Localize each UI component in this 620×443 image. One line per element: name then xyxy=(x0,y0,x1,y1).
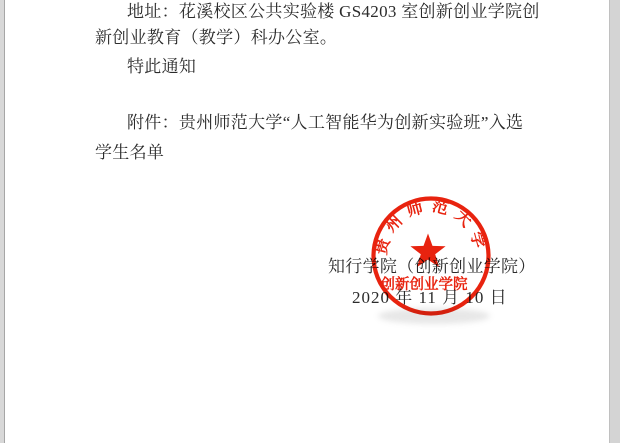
document-page: 地址：花溪校区公共实验楼 GS4203 室创新创业学院创 新创业教育（教学）科办… xyxy=(0,0,620,443)
page-edge-left xyxy=(0,0,5,443)
seal-star-icon xyxy=(410,234,445,268)
body-text-line-address-2: 新创业教育（教学）科办公室。 xyxy=(95,27,337,48)
seal-center-text: 创新创业学院 xyxy=(380,275,468,293)
official-seal: 贵州师范大学 创新创业学院 xyxy=(365,190,497,322)
body-text-line-address-1: 地址：花溪校区公共实验楼 GS4203 室创新创业学院创 xyxy=(127,1,540,22)
body-text-line-attachment-2: 学生名单 xyxy=(95,142,164,163)
body-text-line-attachment-1: 附件：贵州师范大学“人工智能华为创新实验班”入选 xyxy=(127,112,523,133)
page-edge-right xyxy=(609,0,620,443)
body-text-line-notice: 特此通知 xyxy=(127,56,196,77)
